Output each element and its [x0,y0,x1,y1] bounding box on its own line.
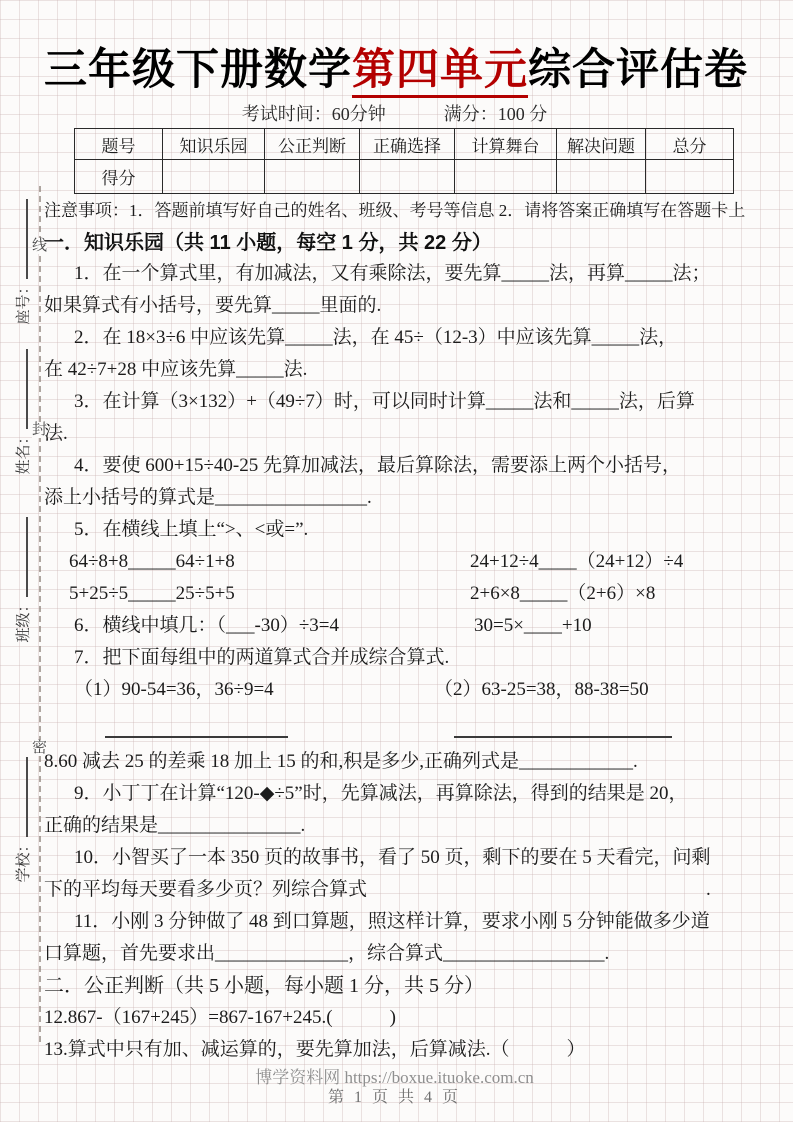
q7-answer-lines [44,706,745,746]
score-table-header-row: 题号 知识乐园 公正判断 正确选择 计算舞台 解决问题 总分 [75,129,734,160]
q7-answer-line-1 [105,735,288,738]
q11-line2: 口算题，首先要求出______________，综合算式____________… [44,938,745,970]
q9-line1: 9．小丁丁在计算“120-◆÷5”时，先算减法，再算除法，得到的结果是 20， [44,778,745,810]
score-cell [646,160,734,194]
q10-line1: 10．小智买了一本 350 页的故事书，看了 50 页，剩下的要在 5 天看完，… [44,842,745,874]
q10-line2-text: 下的平均每天要看多少页？列综合算式 [44,879,367,900]
q7-group2: （2）63-25=38，88-38=50 [434,674,649,706]
exam-page: 线 封 密 座号： 姓名： 班级： 学校： 三年级下册数学第四单元综合评估卷 考… [0,0,793,1122]
score-col-judgement: 公正判断 [265,129,360,160]
q1-line1: 1．在一个算式里，有加减法，又有乘除法，要先算_____法，再算_____法； [44,258,745,290]
q6-row: 6．横线中填几：（___-30）÷3=4 30=5×____+10 [44,610,745,642]
score-table: 题号 知识乐园 公正判断 正确选择 计算舞台 解决问题 总分 得分 [74,128,734,194]
paper-content: 三年级下册数学第四单元综合评估卷 考试时间：60分钟满分：100 分 题号 知识… [0,0,793,1122]
score-cell [265,160,360,194]
q10-line2: 下的平均每天要看多少页？列综合算式 . [44,874,745,906]
q5-row1-left: 64÷8+8_____64÷1+8 [69,551,235,572]
q6-left: 6．横线中填几：（___-30）÷3=4 [74,615,339,636]
title-unit-highlight: 第四单元 [352,46,528,98]
footer-page-number: 第 1 页 共 4 页 [44,1088,745,1108]
score-col-problem: 解决问题 [557,129,646,160]
title-right: 综合评估卷 [528,46,748,94]
q7-prompt: 7．把下面每组中的两道算式合并成综合算式. [44,642,745,674]
score-cell [455,160,557,194]
q8-line: 8.60 减去 25 的差乘 18 加上 15 的和,积是多少,正确列式是___… [44,746,745,778]
section1-heading: 一．知识乐园（共 11 小题，每空 1 分，共 22 分） [44,228,745,258]
q4-line2: 添上小括号的算式是________________. [44,482,745,514]
q2-line1: 2．在 18×3÷6 中应该先算_____法，在 45÷（12-3）中应该先算_… [44,322,745,354]
q7-groups: （1）90-54=36，36÷9=4 （2）63-25=38，88-38=50 [44,674,745,706]
q11-line1: 11．小刚 3 分钟做了 48 到口算题，照这样计算，要求小刚 5 分钟能做多少… [44,906,745,938]
title-left: 三年级下册数学 [44,46,352,94]
page-footer: 博学资料网 https://boxue.ituoke.com.cn 第 1 页 … [44,1068,745,1108]
exam-full-score: 满分：100 分 [444,104,548,124]
q6-right: 30=5×____+10 [474,610,592,642]
page-title: 三年级下册数学第四单元综合评估卷 [44,44,745,96]
score-table-score-row: 得分 [75,160,734,194]
score-col-calculation: 计算舞台 [455,129,557,160]
score-col-total: 总分 [646,129,734,160]
notice-line: 注意事项：1．答题前填写好自己的姓名、班级、考号等信息 2．请将答案正确填写在答… [44,200,745,221]
q2-line2: 在 42÷7+28 中应该先算_____法. [44,354,745,386]
q5-row2: 5+25÷5_____25÷5+5 2+6×8_____（2+6）×8 [44,578,745,610]
score-table-corner: 题号 [75,129,163,160]
score-cell [557,160,646,194]
q3-line1: 3．在计算（3×132）+（49÷7）时，可以同时计算_____法和_____法… [44,386,745,418]
q5-row2-right: 2+6×8_____（2+6）×8 [470,578,655,610]
q13-line: 13.算式中只有加、减运算的，要先算加法，后算减法.（ ） [44,1034,745,1066]
q3-line2: 法. [44,418,745,450]
q1-line2: 如果算式有小括号，要先算_____里面的. [44,290,745,322]
q7-answer-line-2 [454,735,672,738]
q7-group1: （1）90-54=36，36÷9=4 [74,679,274,700]
q9-line2: 正确的结果是_______________. [44,810,745,842]
exam-meta: 考试时间：60分钟满分：100 分 [44,103,745,125]
score-col-knowledge: 知识乐园 [163,129,265,160]
score-row-label: 得分 [75,160,163,194]
q12-line: 12.867-（167+245）=867-167+245.( ) [44,1002,745,1034]
q4-line1: 4．要使 600+15÷40-25 先算加减法，最后算除法，需要添上两个小括号， [44,450,745,482]
footer-site-url: 博学资料网 https://boxue.ituoke.com.cn [44,1068,745,1088]
score-col-choice: 正确选择 [360,129,455,160]
q10-end-period: . [706,874,711,906]
q5-row1: 64÷8+8_____64÷1+8 24+12÷4____（24+12）÷4 [44,546,745,578]
section2-heading: 二．公正判断（共 5 小题，每小题 1 分，共 5 分） [44,970,745,1002]
q5-row2-left: 5+25÷5_____25÷5+5 [69,583,235,604]
score-cell [163,160,265,194]
q5-prompt: 5．在横线上填上“>、<或=”. [44,514,745,546]
exam-time: 考试时间：60分钟 [242,104,386,124]
score-cell [360,160,455,194]
q5-row1-right: 24+12÷4____（24+12）÷4 [470,546,683,578]
